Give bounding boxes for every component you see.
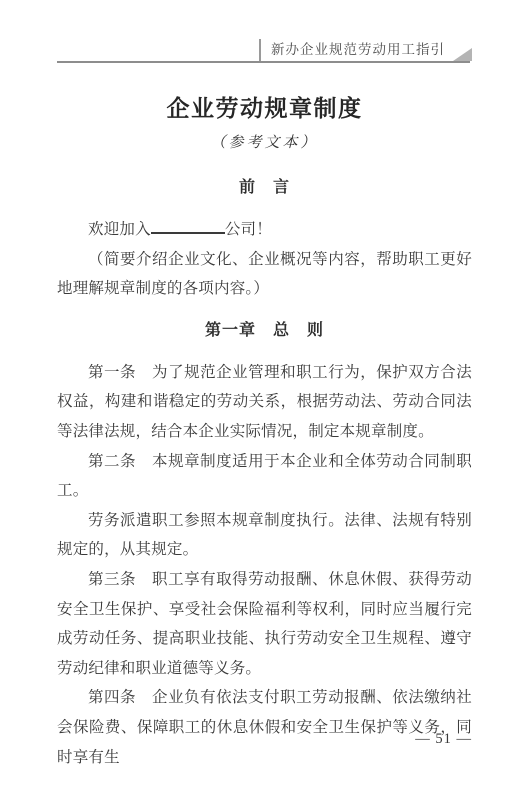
page-number: — 51 —	[415, 729, 472, 749]
welcome-suffix: 公司！	[225, 221, 272, 238]
article-2-paragraph: 第二条 本规章制度适用于本企业和全体劳动合同制职工。	[57, 447, 472, 506]
article-2-continued-paragraph: 劳务派遣职工参照本规章制度执行。法律、法规有特别规定的，从其规定。	[57, 506, 472, 565]
welcome-line: 欢迎加入公司！	[57, 215, 472, 245]
document-title: 企业劳动规章制度	[57, 94, 472, 122]
preface-heading: 前 言	[57, 178, 472, 198]
welcome-prefix: 欢迎加入	[88, 221, 151, 238]
preface-body: 欢迎加入公司！ （简要介绍企业文化、企业概况等内容，帮助职工更好地理解规章制度的…	[57, 215, 472, 304]
chapter1-body: 第一条 为了规范企业管理和职工行为，保护双方合法权益，构建和谐稳定的劳动关系，根…	[57, 358, 472, 772]
chapter1-heading: 第一章 总 则	[57, 321, 472, 341]
document-subtitle: （参考文本）	[57, 133, 472, 153]
preface-intro-paragraph: （简要介绍企业文化、企业概况等内容，帮助职工更好地理解规章制度的各项内容。）	[57, 245, 472, 304]
article-4-paragraph: 第四条 企业负有依法支付职工劳动报酬、依法缴纳社会保险费、保障职工的休息休假和安…	[57, 683, 472, 772]
document-content: 企业劳动规章制度 （参考文本） 前 言 欢迎加入公司！ （简要介绍企业文化、企业…	[57, 0, 472, 772]
fill-in-blank	[151, 220, 225, 234]
article-1-paragraph: 第一条 为了规范企业管理和职工行为，保护双方合法权益，构建和谐稳定的劳动关系，根…	[57, 358, 472, 447]
document-page: 新办企业规范劳动用工指引 企业劳动规章制度 （参考文本） 前 言 欢迎加入公司！…	[0, 0, 529, 794]
article-3-paragraph: 第三条 职工享有取得劳动报酬、休息休假、获得劳动安全卫生保护、享受社会保险福利等…	[57, 565, 472, 683]
